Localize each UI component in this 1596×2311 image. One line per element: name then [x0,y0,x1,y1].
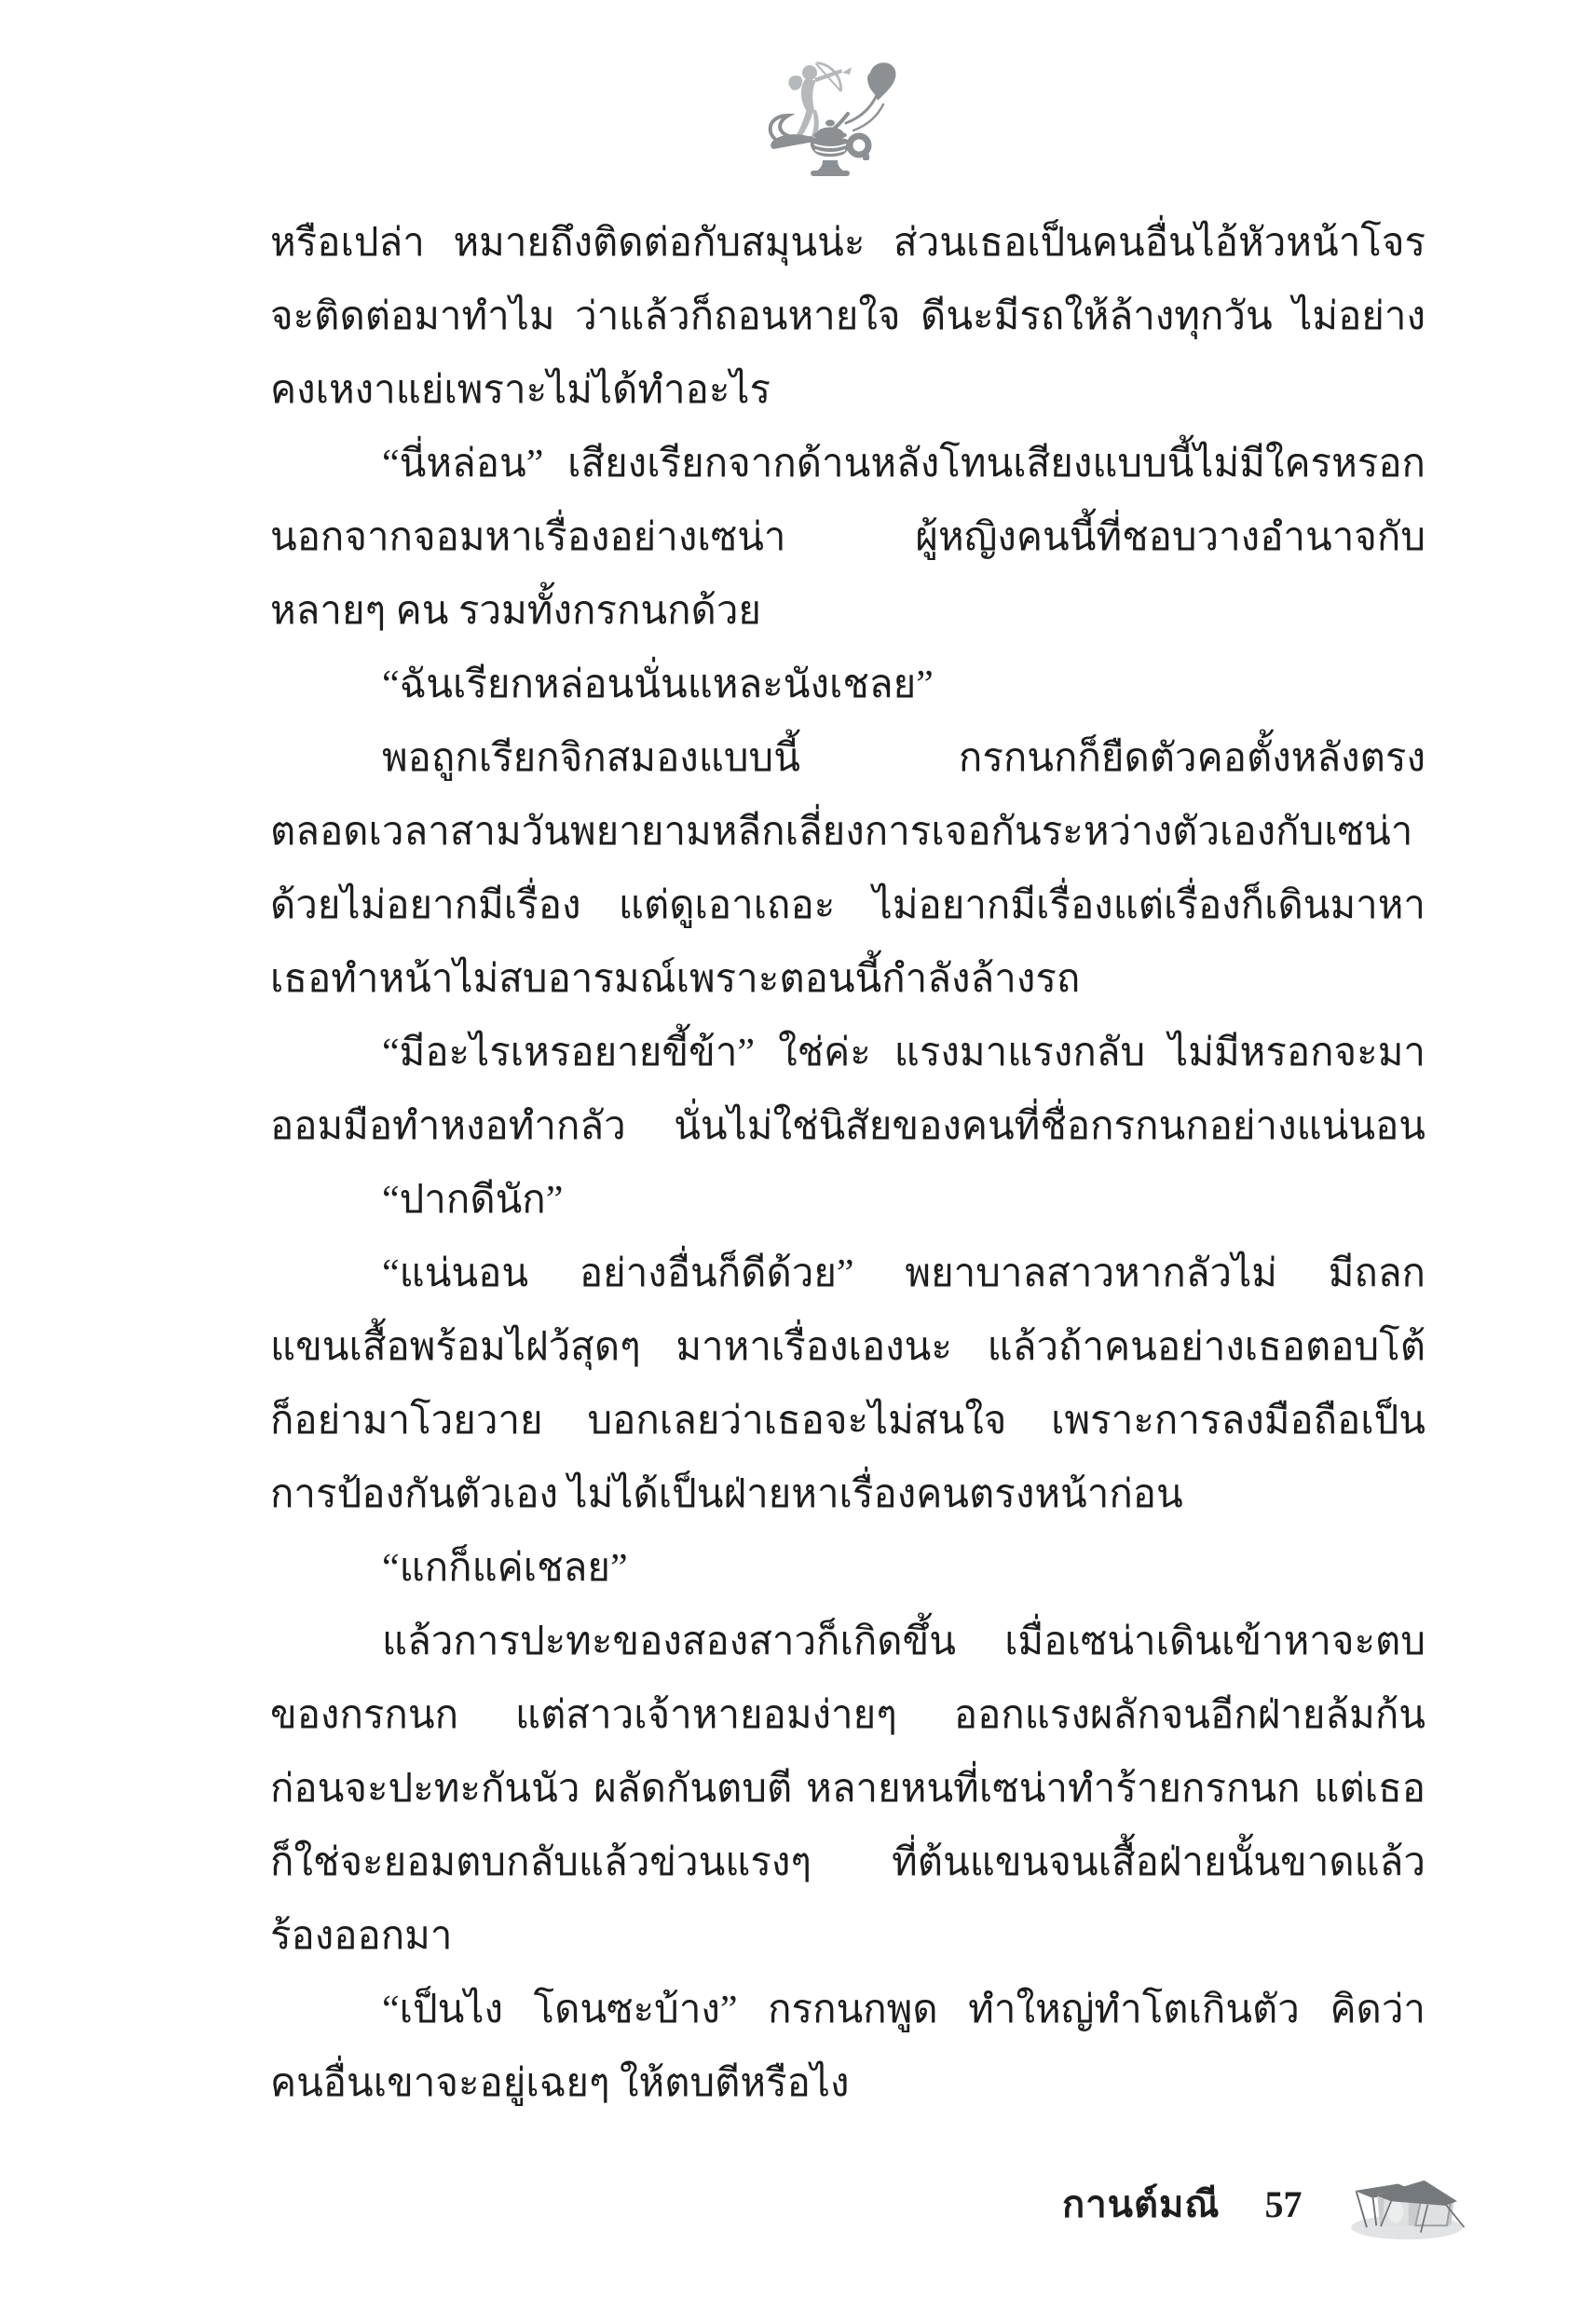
text-line: “แกก็แค่เชลย” [270,1532,1425,1606]
body-text: หรือเปล่า หมายถึงติดต่อกับสมุนน่ะ ส่วนเธ… [270,207,1425,2121]
text-line: เธอทำหน้าไม่สบอารมณ์เพราะตอนนี้กำลังล้าง… [270,943,1425,1017]
text-line: แขนเสื้อพร้อมไฝว้สุดๆ มาหาเรื่องเองนะ แล… [270,1311,1425,1385]
text-line: ก่อนจะปะทะกันนัว ผลัดกันตบตี หลายหนที่เซ… [270,1753,1425,1826]
genie-lamp [771,120,869,177]
cupid-genie-lamp-icon [757,48,906,179]
text-line: ตลอดเวลาสามวันพยายามหลีกเลี่ยงการเจอกันร… [270,796,1425,869]
text-line: นอกจากจอมหาเรื่องอย่างเซน่า ผู้หญิงคนนี้… [270,501,1425,575]
page-footer: กานต์มณี 57 [1062,2164,1471,2244]
text-line: “นี่หล่อน” เสียงเรียกจากด้านหลังโทนเสียง… [270,428,1425,501]
text-line: ด้วยไม่อยากมีเรื่อง แต่ดูเอาเถอะ ไม่อยาก… [270,869,1425,943]
text-line: หรือเปล่า หมายถึงติดต่อกับสมุนน่ะ ส่วนเธ… [270,207,1425,280]
tent-icon [1341,2164,1471,2244]
book-page: หรือเปล่า หมายถึงติดต่อกับสมุนน่ะ ส่วนเธ… [0,0,1596,2311]
text-line: “มีอะไรเหรอยายขี้ข้า” ใช่ค่ะ แรงมาแรงกลั… [270,1017,1425,1090]
text-line: พอถูกเรียกจิกสมองแบบนี้ กรกนกก็ยืดตัวคอต… [270,722,1425,796]
text-line: คงเหงาแย่เพราะไม่ได้ทำอะไร [270,354,1425,428]
text-line: ก็ใช่จะยอมตบกลับแล้วข่วนแรงๆ ที่ต้นแขนจน… [270,1826,1425,1900]
text-line: การป้องกันตัวเอง ไม่ได้เป็นฝ่ายหาเรื่องค… [270,1458,1425,1532]
text-line: ก็อย่ามาโวยวาย บอกเลยว่าเธอจะไม่สนใจ เพร… [270,1385,1425,1458]
text-line: “ฉันเรียกหล่อนนั่นแหละนังเชลย” [270,649,1425,722]
text-line: ของกรกนก แต่สาวเจ้าหายอมง่ายๆ ออกแรงผลัก… [270,1679,1425,1753]
footer-book-title: กานต์มณี [1062,2174,1220,2234]
text-line: “ปากดีนัก” [270,1164,1425,1238]
text-line: “แน่นอน อย่างอื่นก็ดีด้วย” พยาบาลสาวหากล… [270,1238,1425,1311]
text-line: คนอื่นเขาจะอยู่เฉยๆ ให้ตบตีหรือไง [270,2047,1425,2121]
text-line: จะติดต่อมาทำไม ว่าแล้วก็ถอนหายใจ ดีนะมีร… [270,280,1425,354]
text-line: “เป็นไง โดนซะบ้าง” กรกนกพูด ทำใหญ่ทำโตเก… [270,1974,1425,2047]
text-line: แล้วการปะทะของสองสาวก็เกิดขึ้น เมื่อเซน่… [270,1606,1425,1679]
text-line: ออมมือทำหงอทำกลัว นั่นไม่ใช่นิสัยของคนที… [270,1090,1425,1164]
text-line: หลายๆ คน รวมทั้งกรกนกด้วย [270,575,1425,649]
heart-shape [867,62,896,101]
footer-page-number: 57 [1264,2182,1302,2226]
text-line: ร้องออกมา [270,1900,1425,1974]
